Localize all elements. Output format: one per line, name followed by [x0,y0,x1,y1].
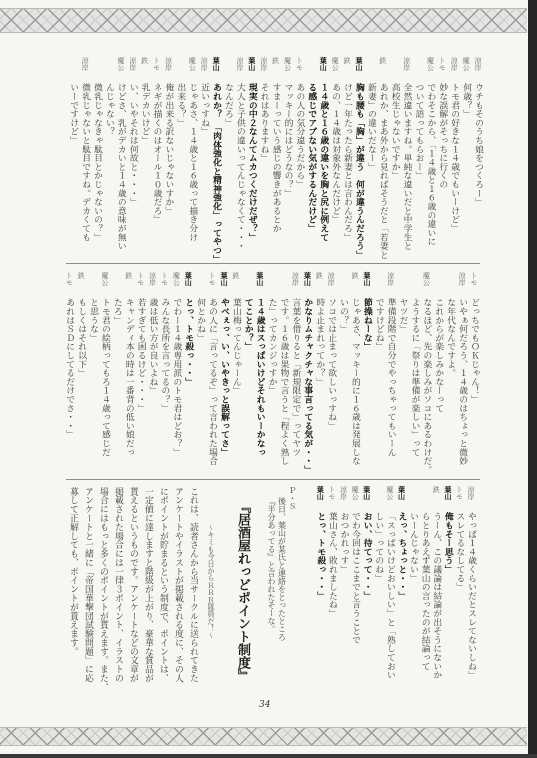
dialogue-line: 魔公でわそこから、「１４歳と１６歳の違いに [423,57,435,257]
dialogue-line: 魔公「スっぱいけどおいしい」と「熟しておい [383,486,395,686]
dialogue-line: 葉山現実の中２なんてムカつくだけだぜ？」 [245,57,257,257]
dialogue-line: 涼岸微乳じゃないと駄目ですね。デカくても [78,57,90,257]
dialogue-text: 何歳？」 [461,83,471,118]
dialogue-text: １４歳はスっぱいけどそれもいーかなっ [255,298,265,456]
dialogue-text: もしくはそれ以下」 [76,298,86,377]
dialogue-line: 涼岸い、いやそれは何故と・・・」 [126,57,138,257]
article-subtitle: ～キミも今日からＲＲＲ隊員だ！～ [205,524,217,639]
dialogue-text: 微乳じゃなきゃ駄目とかじゃないの？」 [92,83,102,241]
article-title: 『居酒屋れっどポイント制度』 [233,500,251,682]
postscript-label: Ｐ・Ｓ [287,486,298,696]
dialogue-text: おい、待てって・・」 [362,512,372,600]
article-body-line: 場合にはもっと多くのポイントが貰えます。また、 [95,487,110,692]
dialogue-text: 準備段階で自分でやっちゃってもいーん [386,298,396,456]
dialogue-line: 葉山おい、待てって・・」 [360,486,372,686]
dialogue-line: 涼岸全然違いますね。単純な違いだと中学生と [400,57,412,257]
dialogue-continuation-line: いの？」 [336,272,348,472]
dialogue-text: １４歳と１６歳の違いを胸と尻に例えて [318,83,328,241]
dialogue-text: キャンディ本の時は一番背の低い娘だっ [124,298,134,456]
dialogue-continuation-line: いーですけど」 [66,57,78,257]
dialogue-text: ようするに「祭りは準備が楽しい」って [409,298,419,456]
dialogue-text: スレてるなしてる」 [454,512,464,591]
dialogue-text: いーんじゃない」 [408,512,418,582]
speaker-label: 魔公 [169,272,181,298]
dialogue-text: ウチもそのうち娘をつくろー」 [473,83,483,206]
dialogue-line: 葉山あれか？ 「肉体強化と精神強化」ってやつ」 [209,57,221,257]
dialogue-line: 魔公あの、１４歳は対象外なんだけど」 [328,57,340,257]
dialogue-text: どっちでもＯＫじゃん！」 [469,298,479,404]
speaker-label: 魔公 [281,57,293,83]
scan-edge-right [528,0,537,758]
article-body-line: 掲載された場合には一律３ポイント、イラストの [110,487,125,692]
decorative-border-top [0,8,527,33]
speaker-label: 涼岸 [337,486,349,512]
speaker-label: 鉄 [74,272,86,298]
dialogue-text: ネギが描くのはオール１０歳だろ」 [152,83,162,224]
dialogue-text: 葉山梅ってんじゃーん」 [231,298,241,395]
dialogue-line: 葉山とっ、トモ殺っ・・」 [181,272,193,472]
dialogue-line: 魔公でわ今回はここまでと言うことで [348,486,360,686]
dialogue-text: 近いっすね」 [199,83,209,136]
speaker-label: 葉山 [441,486,453,512]
dialogue-text: けどさ、乳がデカいと１４歳の意味が無い [116,83,126,250]
dialogue-text: 俺が出来る訳ないじゃないすか」 [163,83,173,215]
dialogue-continuation-line: た」ってカンジっすか」 [265,272,277,472]
dialogue-text: 大人と子供の違いってんじゃなくて・・・ [235,83,245,250]
dialogue-text: でわ今回はここまでと言うことで [350,512,360,644]
postscript: Ｐ・Ｓ 後日、葉山が某氏と連絡をとったところ 『半分あってる』と言われたそーな。 [266,486,298,696]
dialogue-continuation-line: 高校生じゃないですか」 [388,57,400,257]
dialogue-text: やべぇっ、い、いやきっと誤解ってさ」 [219,298,229,456]
dialogue-text: 出来る？」 [175,83,185,127]
dialogue-text: 何とかね」 [195,298,205,342]
dialogue-line: トモ葉山さん、敗れましたね」 [325,486,337,686]
dialogue-text: 現実の中２なんてムカつくだけだぜ？」 [247,83,257,241]
speaker-label: 鉄 [312,272,324,298]
speaker-label: 魔公 [114,57,126,83]
dialogue-text: すまーっていう感じの響きがあるとか [271,83,281,233]
dialogue-line: 涼岸俺が出来る訳ないじゃないすか」 [162,57,174,257]
dialogue-text: それはありますね」 [259,83,269,162]
speaker-label: 涼岸 [464,486,476,512]
speaker-label: 涼岸 [126,57,138,83]
speaker-label: 涼岸 [197,57,209,83]
dialogue-text: いやぁ何だろう、１４歳のはちょっと微妙 [457,298,467,465]
dialogue-text: なるほど、先の楽しみがソコにあるわけだ。 [421,298,431,474]
speaker-label: トモ [467,272,479,298]
speaker-label: 涼岸 [257,57,269,83]
dialogue-text: 微乳じゃないと駄目ですね。デカくても [80,83,90,241]
dialogue-line: 鉄すまーっていう感じの響きがあるとか [269,57,281,257]
speaker-label: 涼岸 [447,57,459,83]
dialogue-text: あれはＳＤにしてるだけでさ・・」 [64,298,74,439]
dialogue-line: 鉄乳デカいけど」 [138,57,150,257]
speaker-label: 涼岸 [78,57,90,83]
dialogue-text: る感じでアブない気がするんだけど」 [306,83,316,233]
dialogue-text: た」ってカンジっすか」 [267,298,277,395]
dialogue-text: あれか、まあ外から見ればそうだと「若妻と [378,83,388,259]
article-body-line: にポイントが貯まるという制度で、ポイントは、 [155,487,170,692]
dialogue-line: 葉山俺もそー思う」 [441,486,453,686]
dialogue-line: 葉山かなりムチャクチャな事言ってる気が・・」 [300,272,312,472]
scan-edge-bottom [0,754,537,758]
dialogue-line: 魔公何歳？」 [459,57,471,257]
dialogue-text: 全然違いますね。単純な違いだと中学生と [402,83,412,250]
dialogue-line: 鉄時よ止まれってか？」 [312,272,324,472]
speaker-label: 魔公 [383,486,395,512]
dialogue-line: 魔公マッキー的にはどうなの？」 [281,57,293,257]
dialogue-text: じゃあさ、１４歳と１６歳って描き分け [187,83,197,241]
speaker-label: 魔公 [185,57,197,83]
dialogue-text: たろ」 [112,298,122,324]
dialogue-text: みんな長所を言ってるの？」 [159,298,169,412]
dialogue-line: 涼岸やっぱ１４歳くらいだとスレてないしね」 [464,486,476,686]
dialogue-line: 鉄じゃあさ、マッキー的に１６歳は発展しな [348,272,360,472]
dialogue-text: しい」ってのね」 [373,512,383,582]
dialogue-text: やっぱ１４歳くらいだとスレてないしね」 [466,512,476,679]
speaker-label: トモ [134,272,146,298]
dialogue-continuation-line: 何とかね」 [193,272,205,472]
page-number: 34 [259,700,270,710]
dialogue-line: 葉山やべぇっ、い、いやきっと誤解ってさ」 [217,272,229,472]
dialogue-text: んじゃない？ [104,83,114,136]
dialogue-continuation-line: 新妻」の違いだなー」 [364,57,376,257]
dialogue-text: あの、１４歳は対象外なんだけど」 [330,83,340,224]
speaker-label: 葉山 [217,272,229,298]
dialogue-text: です。１６歳は果物で言うと「程よく熟し [279,298,289,465]
speaker-label: 葉山 [314,486,326,512]
tier-divider [66,479,480,480]
dialogue-continuation-line: しい」ってのね」 [372,486,384,686]
dialogue-line: 涼岸歳は低い方が良いよね」 [146,272,158,472]
speaker-label: 葉山 [352,57,364,83]
dialogue-text: いの？」 [338,298,348,333]
speaker-label: 涼岸 [289,272,301,298]
dialogue-line: 葉山とっ、トモ殺っ・・」 [314,486,326,686]
dialogue-text: 歳は低い方が良いよね」 [148,298,158,395]
speaker-label: 涼岸 [471,57,483,83]
dialogue-text: 胸も腰も「胸」が違う 何が違うんだろう」 [354,83,364,259]
dialogue-line: 葉山えっ、ちょっと・・」 [395,486,407,686]
dialogue-line: 鉄けど一年たったら新妻とは言わんだろ」 [340,57,352,257]
dialogue-line: トモあれはＳＤにしてるだけでさ・・」 [62,272,74,472]
article-body-line: 募して正解しても、ポイントが貰えます。 [65,487,80,692]
decorative-border-bottom [0,727,527,746]
dialogue-text: と思うな」 [88,298,98,342]
dialogue-text: てことか？」 [243,298,253,351]
dialogue-continuation-line: ついて語ってもらおー」 [412,57,424,257]
dialogue-line: 鉄葉山梅ってんじゃーん」 [229,272,241,472]
dialogue-line: 魔公でわー１４歳専用派のトモ君はどお？」 [169,272,181,472]
speaker-label: 涼岸 [324,272,336,298]
dialogue-text: な年代なんですよ。 [445,298,455,377]
dialogue-line: 鉄キャンディ本の時は一番背の低い娘だっ [122,272,134,472]
speaker-label: 魔公 [423,57,435,83]
dialogue-text: 言葉を借りると「新規限定で」ってヤツ [290,298,300,456]
speaker-label: 葉山 [181,272,193,298]
dialogue-line: 葉山１４歳はスっぱいけどそれもいーかなっ [253,272,265,472]
dialogue-line: 葉山１４歳と１６歳の違いを胸と尻に例えて [316,57,328,257]
speaker-label: 涼岸 [162,57,174,83]
dialogue-line: 涼岸ウチもそのうち娘をつくろー」 [471,57,483,257]
article-body-line: これは、読者さんから当サークルに送られてきた [185,487,200,692]
dialogue-text: 妙な誤解がそっちに行くの [437,83,447,189]
dialogue-text: えっ、ちょっと・・」 [396,512,406,600]
dialogue-text: 節操ねーな」 [362,298,372,351]
dialogue-line: 葉山節操ねーな」 [360,272,372,472]
dialogue-line: 魔公じゃあさ、１４歳と１６歳って描き分け [185,57,197,257]
dialogue-text: おつかれっす」 [338,512,348,574]
dialogue-text: 若すぎても困るけど・・・」 [136,298,146,412]
dialogue-continuation-line: いーんじゃない」 [406,486,418,686]
dialogue-text: 「スっぱいけどおいしい」と「熟しておい [385,512,395,679]
dialogue-text: あの人に「言ってるぞ」って言われた場合 [207,298,217,465]
dialogue-text: い、いやそれは何故と・・・」 [128,83,138,206]
dialogue-text: 葉山さん、敗れましたね」 [327,512,337,618]
dialogue-line: トモネギが描くのはオール１０歳だろ」 [150,57,162,257]
speaker-label: トモ [150,57,162,83]
dialogue-text: あの人の気分違うだから」 [294,83,304,189]
speaker-label: 涼岸 [455,272,467,298]
dialogue-continuation-line: ヤツだ」 [396,272,408,472]
dialogue-continuation-line: です。１６歳は果物で言うと「程よく熟し [277,272,289,472]
dialogue-line: 涼岸大人と子供の違いってんじゃなくて・・・ [233,57,245,257]
dialogue-line: トモどっちでもＯＫじゃん！」 [467,272,479,472]
speaker-label: 葉山 [209,57,221,83]
dialogue-text: じゃあさ、マッキー的に１６歳は発展しな [350,298,360,465]
speaker-label: トモ [453,486,465,512]
dialogue-line: 涼岸ソコでは止まって欲しいっすね」 [324,272,336,472]
dialogue-line: 鉄もしくはそれ以下」 [74,272,86,472]
article-body: これは、読者さんから当サークルに送られてきた アンケートやイラストが掲載される度… [60,487,200,692]
speaker-label: 葉山 [245,57,257,83]
speaker-label: 魔公 [348,486,360,512]
dialogue-line: 涼岸近いっすね」 [197,57,209,257]
dialogue-continuation-line: ようするに「祭りは準備が楽しい」って [408,272,420,472]
speaker-label: トモ [62,272,74,298]
speaker-label: 魔公 [459,57,471,83]
dialogue-continuation-line: る感じでアブない気がするんだけど」 [304,57,316,257]
dialogue-text: とっ、トモ殺っ・・」 [315,512,325,600]
dialogue-text: らとりあえず葉山の言ったのが結論って [420,512,430,670]
speaker-label: 葉山 [300,272,312,298]
dialogue-text: 時よ止まれってか？」 [314,298,324,386]
dialogue-text: うーん、この議論は結論が出そうにないか [431,512,441,679]
dialogue-continuation-line: らとりあえず葉山の言ったのが結論って [418,486,430,686]
dialogue-text: でわそこから、「１４歳と１６歳の違いに [425,83,435,246]
speaker-label: 魔公 [328,57,340,83]
dialogue-line: 鉄うーん、この議論は結論が出そうにないか [430,486,442,686]
tier-divider [66,263,480,264]
dialogue-text: これからが楽しみかなーって [433,298,443,412]
article-body-line: アンケートやイラストが掲載される度に、その人 [170,487,185,692]
speaker-label: 葉山 [316,57,328,83]
dialogue-text: ヤツだ」 [398,298,408,333]
dialogue-text: 新妻」の違いだなー」 [366,83,376,171]
dialogue-line: トモ妙な誤解がそっちに行くの [435,57,447,257]
dialogue-line: 涼岸準備段階で自分でやっちゃってもいーん [384,272,396,472]
dialogue-line: トモスレてるなしてる」 [453,486,465,686]
speaker-label: 鉄 [229,272,241,298]
dialogue-line: トモみんな長所を言ってるの？」 [158,272,170,472]
speaker-label: 葉山 [360,486,372,512]
speaker-label: 鉄 [340,57,352,83]
dialogue-text: マッキー的にはどうなの？」 [283,83,293,197]
dialogue-line: トモあの人の気分違うだから」 [293,57,305,257]
speaker-label: 魔公 [98,272,110,298]
speaker-label: 鉄 [138,57,150,83]
dialogue-text: 高校生じゃないですか」 [390,83,400,180]
dialogue-text: でわー１４歳専用派のトモ君はどお？」 [171,298,181,456]
dialogue-text: トモ君の好きな１４歳でもいーけど」 [449,83,459,233]
speaker-label: 魔公 [419,272,431,298]
speaker-label: 鉄 [376,57,388,83]
dialogue-text: けど一年たったら新妻とは言わんだろ」 [342,83,352,241]
dialogue-line: 鉄あれか、まあ外から見ればそうだと「若妻と [376,57,388,257]
dialogue-line: 涼岸おつかれっす」 [337,486,349,686]
speaker-label: 涼岸 [146,272,158,298]
article-body-line: アンケートと一緒に「帝国華撃団試験問題」に応 [80,487,95,692]
speaker-label: 鉄 [348,272,360,298]
dialogue-line: 魔公トモ君の絵柄ってもろ１４歳って感じだ [98,272,110,472]
dialogue-text: ついて語ってもらおー」 [413,83,423,180]
dialogue-continuation-line: これからが楽しみかなーって [431,272,443,472]
speaker-label: トモ [325,486,337,512]
speaker-label: 葉山 [253,272,265,298]
dialogue-continuation-line: 出来る？」 [173,57,185,257]
speaker-label: トモ [435,57,447,83]
dialogue-line: 涼岸言葉を借りると「新規限定で」ってヤツ [289,272,301,472]
dialogue-tier-1: 涼岸ウチもそのうち娘をつくろー」魔公何歳？」涼岸トモ君の好きな１４歳でもいーけど… [63,57,483,257]
dialogue-continuation-line: てことか？」 [241,272,253,472]
article-body-line: 一定値に達しますと階級が上がり、豪華な賞品が [140,487,155,692]
dialogue-text: なんだろ」 [223,83,233,127]
dialogue-continuation-line: 微乳じゃなきゃ駄目とかじゃないの？」 [90,57,102,257]
postscript-line: 後日、葉山が某氏と連絡をとったところ [276,486,287,696]
dialogue-text: いーですけど」 [68,83,78,145]
dialogue-line: 葉山胸も腰も「胸」が違う 何が違うんだろう」 [352,57,364,257]
dialogue-continuation-line: たろ」 [110,272,122,472]
dialogue-continuation-line: んじゃない？ [102,57,114,257]
speaker-label: 葉山 [395,486,407,512]
dialogue-text: 乳デカいけど」 [140,83,150,145]
dialogue-text: ソコでは止まって欲しいっすね」 [326,298,336,430]
dialogue-text: かなりムチャクチャな事言ってる気が・・」 [302,298,312,474]
speaker-label: 鉄 [430,486,442,512]
dialogue-text: 俺もそー思う」 [443,512,453,574]
speaker-label: 涼岸 [384,272,396,298]
dialogue-continuation-line: な年代なんですよ。 [443,272,455,472]
speaker-label: 鉄 [122,272,134,298]
dialogue-line: 涼岸トモ君の好きな１４歳でもいーけど」 [447,57,459,257]
dialogue-continuation-line: なんだろ」 [221,57,233,257]
dialogue-text: ですけどね」 [374,298,384,351]
speaker-label: トモ [293,57,305,83]
dialogue-text: とっ、トモ殺っ・・」 [183,298,193,386]
speaker-label: 涼岸 [400,57,412,83]
dialogue-tier-2: トモどっちでもＯＫじゃん！」涼岸いやぁ何だろう、１４歳のはちょっと微妙な年代なん… [59,272,479,472]
speaker-label: 鉄 [269,57,281,83]
dialogue-text: あれか？ 「肉体強化と精神強化」ってやつ」 [211,83,221,263]
dialogue-line: トモあの人に「言ってるぞ」って言われた場合 [205,272,217,472]
dialogue-continuation-line: と思うな」 [86,272,98,472]
dialogue-line: 涼岸いやぁ何だろう、１４歳のはちょっと微妙 [455,272,467,472]
dialogue-continuation-line: ですけどね」 [372,272,384,472]
dialogue-line: 魔公けどさ、乳がデカいと１４歳の意味が無い [114,57,126,257]
article-body-line: 貰えるというものです。アンケートなどの文章が [125,487,140,692]
dialogue-line: 魔公なるほど、先の楽しみがソコにあるわけだ。 [419,272,431,472]
speaker-label: 葉山 [360,272,372,298]
dialogue-line: トモ若すぎても困るけど・・・」 [134,272,146,472]
dialogue-tier-3: 涼岸やっぱ１４歳くらいだとスレてないしね」トモスレてるなしてる」葉山俺もそー思う… [306,486,476,686]
speaker-label: 涼岸 [233,57,245,83]
dialogue-line: 涼岸それはありますね」 [257,57,269,257]
dialogue-text: トモ君の絵柄ってもろ１４歳って感じだ [100,298,110,456]
speaker-label: トモ [158,272,170,298]
speaker-label: トモ [205,272,217,298]
postscript-line: 『半分あってる』と言われたそーな。 [266,486,277,696]
